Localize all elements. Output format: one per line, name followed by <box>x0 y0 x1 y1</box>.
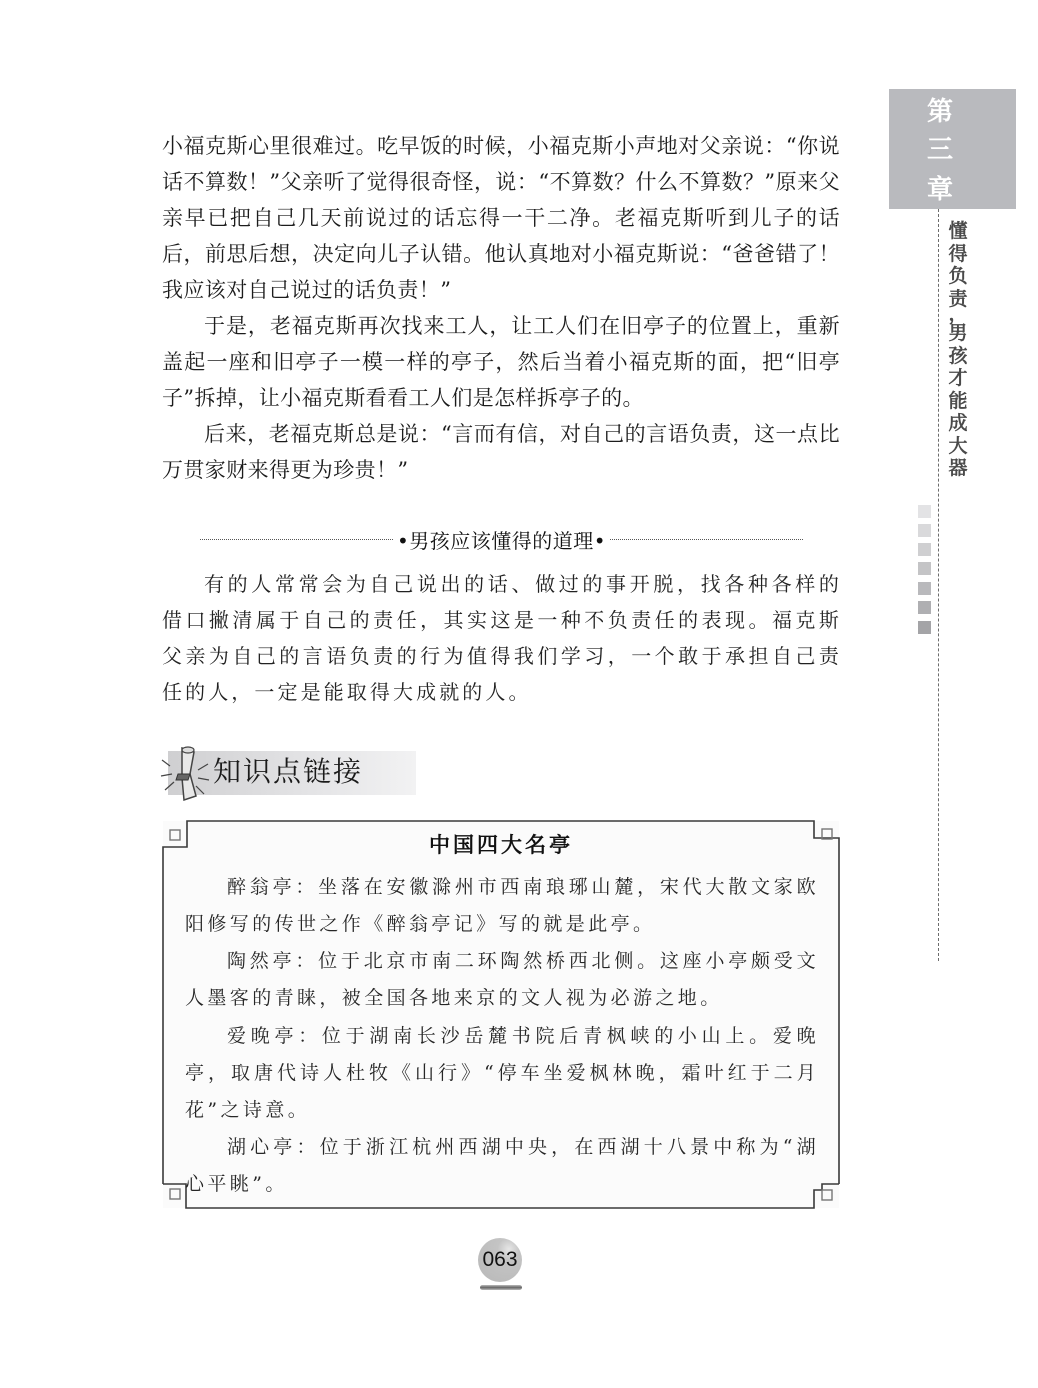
page-number: 063 <box>478 1238 522 1282</box>
gradient-square-4 <box>918 562 931 575</box>
scroll-icon <box>160 744 210 802</box>
gradient-square-1 <box>918 505 931 518</box>
pavilion-item-zuiweng: 醉翁亭：坐落在安徽滁州市西南琅琊山麓，宋代大散文家欧阳修写的传世之作《醉翁亭记》… <box>185 869 819 943</box>
lesson-paragraph: 有的人常常会为自己说出的话、做过的事开脱，找各种各样的借口撇清属于自己的责任，其… <box>162 566 842 710</box>
chapter-char-1: 第 <box>889 91 991 128</box>
chapter-tab: 第 三 章 <box>889 89 1016 209</box>
gradient-square-2 <box>918 524 931 537</box>
knowledge-heading: 知识点链接 <box>213 752 363 792</box>
story-paragraph-3: 后来，老福克斯总是说：“言而有信，对自己的言语负责，这一点比万贯家财来得更为珍贵… <box>162 416 840 488</box>
lesson-divider: •男孩应该懂得的道理• <box>200 524 803 554</box>
chapter-char-3: 章 <box>889 169 991 206</box>
box-title: 中国四大名亭 <box>163 829 839 859</box>
pavilion-item-aiwan: 爱晚亭：位于湖南长沙岳麓书院后青枫峡的小山上。爱晚亭，取唐代诗人杜牧《山行》“停… <box>185 1018 819 1129</box>
gradient-square-6 <box>918 601 931 614</box>
pavilion-item-huxin: 湖心亭：位于浙江杭州西湖中央，在西湖十八景中称为“湖心平眺”。 <box>185 1129 819 1203</box>
sidebar-dashed-line <box>938 209 939 961</box>
lesson-title: •男孩应该懂得的道理• <box>393 525 610 554</box>
divider-dots-right <box>610 539 803 540</box>
gradient-square-7 <box>918 621 931 634</box>
gradient-square-3 <box>918 543 931 556</box>
chapter-char-2: 三 <box>889 129 991 166</box>
gradient-square-5 <box>918 582 931 595</box>
divider-dots-left <box>200 539 393 540</box>
chapter-vertical-title: 懂 得 负 责 ， 男 孩 才 能 成 大 器 <box>947 220 969 480</box>
pavilion-item-taoran: 陶然亭：位于北京市南二环陶然桥西北侧。这座小亭颇受文人墨客的青睐，被全国各地来京… <box>185 943 819 1017</box>
page-number-shadow <box>480 1285 522 1290</box>
story-paragraph-1: 小福克斯心里很难过。吃早饭的时候，小福克斯小声地对父亲说：“你说话不算数！”父亲… <box>162 128 840 308</box>
story-paragraph-2: 于是，老福克斯再次找来工人，让工人们在旧亭子的位置上，重新盖起一座和旧亭子一模一… <box>162 308 840 416</box>
